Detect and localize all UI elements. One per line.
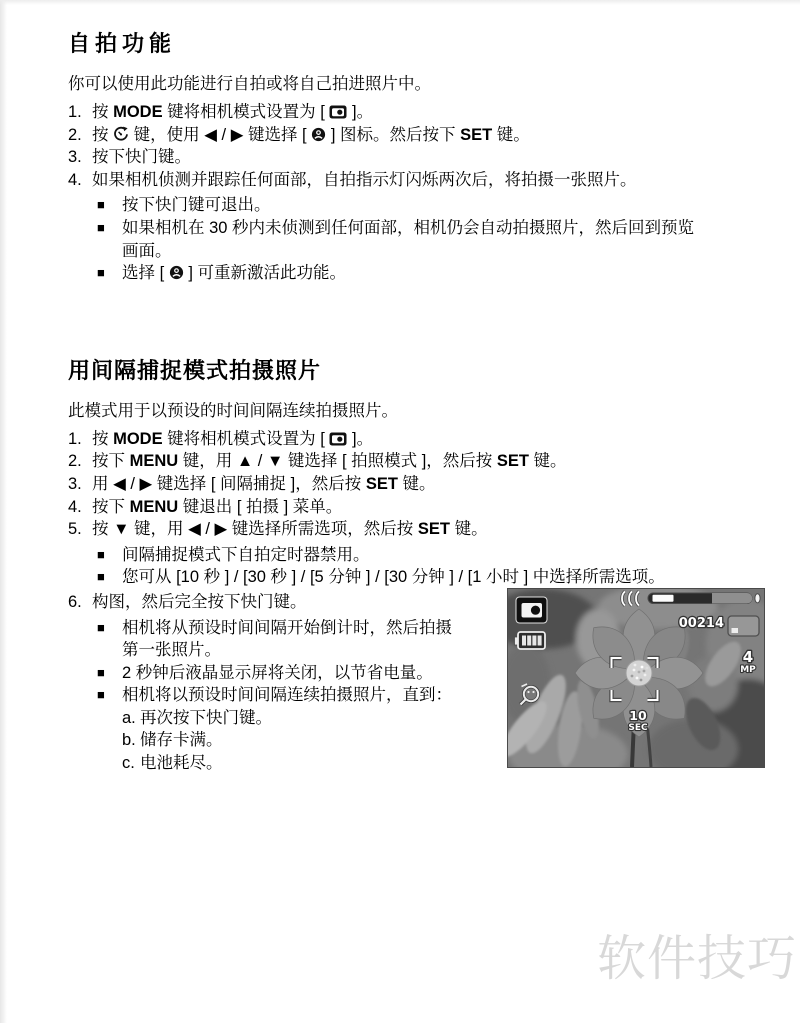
zoom-position-indicator <box>653 595 674 602</box>
bullet-marker: ■ <box>97 544 122 567</box>
step-text: 按下 MENU 键，用 ▲ / ▼ 键选择 [ 拍照模式 ]，然后按 SET 键… <box>92 450 768 473</box>
manual-page: 自拍功能 你可以使用此功能进行自拍或将自己拍进照片中。 1. 按 MODE 键将… <box>0 0 800 1023</box>
text-segment: 键将相机模式设置为 [ <box>163 103 330 121</box>
step-1: 1. 按 MODE 键将相机模式设置为 [ ]。 <box>68 428 768 451</box>
section-intro: 此模式用于以预设的时间间隔连续拍摄照片。 <box>68 400 768 423</box>
key-name-set: SET <box>497 452 529 470</box>
note-list: ■ 按下快门键可退出。 ■ 如果相机在 30 秒内未侦测到任何面部，相机仍会自动… <box>68 194 768 284</box>
capture-mode-icon <box>516 597 547 623</box>
step-number: 1. <box>68 101 92 124</box>
key-name-menu: MENU <box>130 452 179 470</box>
step-text: 按 MODE 键将相机模式设置为 [ ]。 <box>92 428 768 451</box>
note-item: ■ 您可从 [10 秒 ] / [30 秒 ] / [5 分钟 ] / [30 … <box>68 566 768 589</box>
text-segment: ]。 <box>347 430 373 448</box>
step-text: 按下快门键。 <box>92 146 768 169</box>
text-segment: 键。 <box>398 475 436 493</box>
note-list: ■ 间隔捕捉模式下自拍定时器禁用。 ■ 您可从 [10 秒 ] / [30 秒 … <box>68 544 768 589</box>
text-segment: 键，使用 ◀ / ▶ 键选择 [ <box>129 126 311 144</box>
bullet-marker: ■ <box>97 262 122 285</box>
text-segment: ] 图标。然后按下 <box>326 126 460 144</box>
note-text: 按下快门键可退出。 <box>122 194 768 217</box>
battery-full-icon <box>515 632 546 649</box>
note-text: 相机将以预设时间间隔连续拍摄照片，直到： <box>122 684 456 707</box>
capture-mode-icon <box>329 432 347 446</box>
lcd-preview-image: 00214 4 MP <box>508 589 764 767</box>
telephoto-icon <box>755 594 760 603</box>
step-1: 1. 按 MODE 键将相机模式设置为 [ ]。 <box>68 101 768 124</box>
step-3: 3. 用 ◀ / ▶ 键选择 [ 间隔捕捉 ]，然后按 SET 键。 <box>68 473 768 496</box>
text-segment: 键。 <box>492 126 530 144</box>
section-title: 自拍功能 <box>68 30 768 58</box>
step-3: 3. 按下快门键。 <box>68 146 768 169</box>
section-intro: 你可以使用此功能进行自拍或将自己拍进照片中。 <box>68 73 768 96</box>
step-number: 1. <box>68 428 92 451</box>
sub-letter: a. <box>122 707 140 730</box>
key-name-mode: MODE <box>113 103 163 121</box>
text-segment: 按 <box>92 103 113 121</box>
text-segment: 键退出 [ 拍摄 ] 菜单。 <box>178 498 342 516</box>
key-name-set: SET <box>418 520 450 538</box>
text-segment: 键将相机模式设置为 [ <box>163 430 330 448</box>
section-self-timer: 自拍功能 你可以使用此功能进行自拍或将自己拍进照片中。 1. 按 MODE 键将… <box>68 30 768 285</box>
shots-remaining-counter: 00214 <box>679 616 724 631</box>
key-name-set: SET <box>460 126 492 144</box>
note-item: ■ 如果相机在 30 秒内未侦测到任何面部，相机仍会自动拍摄照片，然后回到预览画… <box>68 217 768 262</box>
text-segment: 按下 <box>92 498 130 516</box>
step-2: 2. 按 键，使用 ◀ / ▶ 键选择 [ ] 图标。然后按下 SET 键。 <box>68 124 768 147</box>
note-item: ■ 间隔捕捉模式下自拍定时器禁用。 <box>68 544 768 567</box>
step-text: 用 ◀ / ▶ 键选择 [ 间隔捕捉 ]，然后按 SET 键。 <box>92 473 768 496</box>
note-item: ■ 选择 [ ] 可重新激活此功能。 <box>68 262 768 285</box>
step-number: 3. <box>68 146 92 169</box>
page-edge-shadow-left <box>0 0 7 1023</box>
step-number: 6. <box>68 591 92 614</box>
step-number: 2. <box>68 124 92 147</box>
bullet-marker: ■ <box>97 617 122 662</box>
bullet-marker: ■ <box>97 662 122 685</box>
note-text: 您可从 [10 秒 ] / [30 秒 ] / [5 分钟 ] / [30 分钟… <box>122 566 768 589</box>
step-number: 4. <box>68 169 92 192</box>
step-number: 2. <box>68 450 92 473</box>
note-text: 间隔捕捉模式下自拍定时器禁用。 <box>122 544 768 567</box>
text-segment: ]。 <box>347 103 373 121</box>
memory-card-icon <box>728 616 759 636</box>
sub-text: 储存卡满。 <box>140 729 474 752</box>
note-text: 相机将从预设时间间隔开始倒计时，然后拍摄第一张照片。 <box>122 617 456 662</box>
step-text: 按下 MENU 键退出 [ 拍摄 ] 菜单。 <box>92 496 768 519</box>
resolution-value: 4 <box>743 648 753 666</box>
key-name-menu: MENU <box>130 498 179 516</box>
bullet-marker: ■ <box>97 684 122 707</box>
step-text: 如果相机侦测并跟踪任何面部，自拍指示灯闪烁两次后，将拍摄一张照片。 <box>92 169 768 192</box>
sub-letter: b. <box>122 729 140 752</box>
step-4: 4. 按下 MENU 键退出 [ 拍摄 ] 菜单。 <box>68 496 768 519</box>
self-portrait-icon <box>311 127 326 142</box>
text-segment: 按 <box>92 126 113 144</box>
sub-text: 再次按下快门键。 <box>140 707 474 730</box>
step-number: 3. <box>68 473 92 496</box>
text-segment: 按 ▼ 键，用 ◀ / ▶ 键选择所需选项，然后按 <box>92 520 418 538</box>
capture-mode-icon <box>329 105 347 119</box>
key-name-mode: MODE <box>113 430 163 448</box>
step-4: 4. 如果相机侦测并跟踪任何面部，自拍指示灯闪烁两次后，将拍摄一张照片。 <box>68 169 768 192</box>
step-number: 5. <box>68 518 92 541</box>
watermark: 软件技巧 <box>597 933 797 987</box>
interval-value: 10 <box>629 708 647 723</box>
text-segment: 键，用 ▲ / ▼ 键选择 [ 拍照模式 ]，然后按 <box>178 452 497 470</box>
resolution-unit: MP <box>740 665 756 675</box>
page-edge-shadow-top <box>0 0 800 5</box>
step-5: 5. 按 ▼ 键，用 ◀ / ▶ 键选择所需选项，然后按 SET 键。 <box>68 518 768 541</box>
text-segment: 按下 <box>92 452 130 470</box>
note-item: ■ 按下快门键可退出。 <box>68 194 768 217</box>
step-text: 按 键，使用 ◀ / ▶ 键选择 [ ] 图标。然后按下 SET 键。 <box>92 124 768 147</box>
section-title: 用间隔捕捉模式拍摄照片 <box>68 357 768 385</box>
step-2: 2. 按下 MENU 键，用 ▲ / ▼ 键选择 [ 拍照模式 ]，然后按 SE… <box>68 450 768 473</box>
sub-text: 电池耗尽。 <box>140 752 474 775</box>
step-number: 4. <box>68 496 92 519</box>
zoom-bar-right-segment <box>712 593 752 604</box>
bullet-marker: ■ <box>97 194 122 217</box>
note-text: 如果相机在 30 秒内未侦测到任何面部，相机仍会自动拍摄照片，然后回到预览画面。 <box>122 217 706 262</box>
step-text: 按 MODE 键将相机模式设置为 [ ]。 <box>92 101 768 124</box>
key-name-set: SET <box>366 475 398 493</box>
bullet-marker: ■ <box>97 566 122 589</box>
self-portrait-icon <box>169 265 184 280</box>
text-segment: 选择 [ <box>122 264 169 282</box>
bullet-marker: ■ <box>97 217 122 262</box>
sub-letter: c. <box>122 752 140 775</box>
interval-unit: SEC <box>628 723 648 733</box>
text-segment: ] 可重新激活此功能。 <box>184 264 346 282</box>
text-segment: 按 <box>92 430 113 448</box>
camera-lcd-screenshot: 00214 4 MP <box>507 588 765 768</box>
text-segment: 键。 <box>450 520 488 538</box>
self-timer-icon <box>113 126 129 142</box>
note-text: 选择 [ ] 可重新激活此功能。 <box>122 262 768 285</box>
note-text: 2 秒钟后液晶显示屏将关闭，以节省电量。 <box>122 662 456 685</box>
step-text: 按 ▼ 键，用 ◀ / ▶ 键选择所需选项，然后按 SET 键。 <box>92 518 768 541</box>
text-segment: 键。 <box>529 452 567 470</box>
text-segment: 用 ◀ / ▶ 键选择 [ 间隔捕捉 ]，然后按 <box>92 475 366 493</box>
